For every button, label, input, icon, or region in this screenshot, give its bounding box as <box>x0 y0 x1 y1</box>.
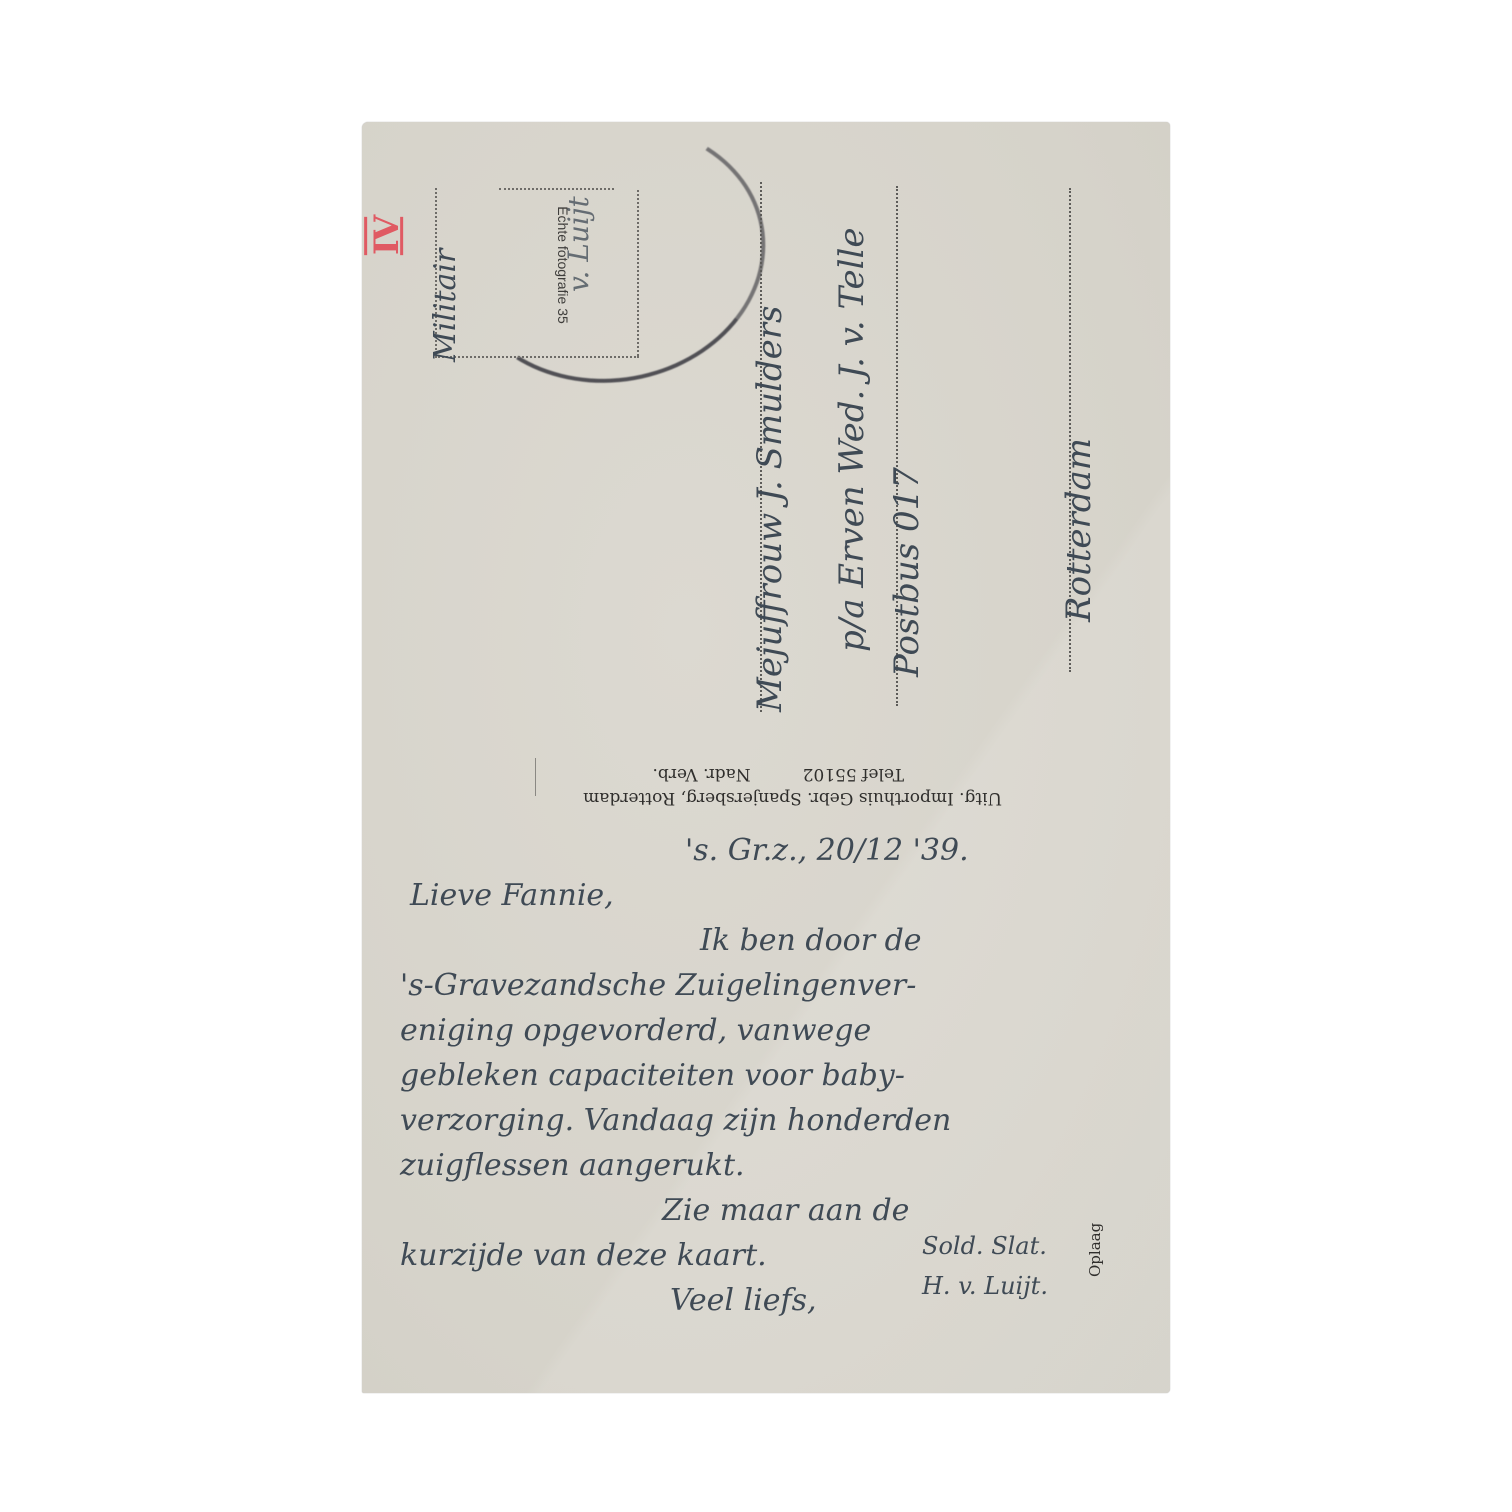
publisher-imprint: Uitg. Importhuis Gebr. Spanjersberg, Rot… <box>482 762 1002 810</box>
letter-greeting: Lieve Fannie, <box>400 873 1160 918</box>
letter-signature: Sold. Slat. H. v. Luijt. <box>922 1226 1048 1306</box>
print-run-label: Oplaag <box>1086 1223 1104 1277</box>
address-line-1: Mejuffrouw J. Smulders <box>750 306 790 713</box>
address-line-4: Rotterdam <box>1059 438 1099 622</box>
stamp-box-print: Echte fotografie 35 <box>482 200 572 330</box>
letter-line: zuigflessen aangerukt. <box>400 1143 1160 1188</box>
letter-line: verzorging. Vandaag zijn honderden <box>400 1098 1160 1143</box>
handwritten-militair: Militair <box>428 249 463 362</box>
publisher-details: Telef 55102 Nadr. Verb. <box>482 762 1002 786</box>
publisher-name: Uitg. Importhuis Gebr. Spanjersberg, Rot… <box>482 786 1002 810</box>
letter-line: 's-Gravezandsche Zuigelingenver- <box>400 963 1160 1008</box>
address-line-3: Postbus 017 <box>887 467 927 677</box>
letter-line: Ik ben door de <box>400 918 1160 963</box>
handwritten-stamp-signature: v. Luijt <box>562 196 595 292</box>
address-line-2: p/a Erven Wed. J. v. Telle <box>832 227 872 652</box>
stamp-box-top-edge <box>499 188 614 190</box>
letter-place-date: 's. Gr.z., 20/12 '39. <box>400 828 1160 873</box>
publisher-notice: Nadr. Verb. <box>652 762 750 786</box>
signature-line-2: H. v. Luijt. <box>922 1266 1048 1306</box>
stamp-box-right-edge <box>637 190 639 356</box>
stamp-print-line3: 35 <box>555 308 571 324</box>
letter-line: eniging opgevorderd, vanwege <box>400 1008 1160 1053</box>
signature-line-1: Sold. Slat. <box>922 1226 1048 1266</box>
red-roman-numeral-mark: IV <box>367 217 407 255</box>
letter-line: gebleken capaciteiten voor baby- <box>400 1053 1160 1098</box>
publisher-telephone: Telef 55102 <box>803 762 904 786</box>
postcard-back: IV Echte fotografie 35 Militair v. Luijt… <box>362 122 1170 1393</box>
